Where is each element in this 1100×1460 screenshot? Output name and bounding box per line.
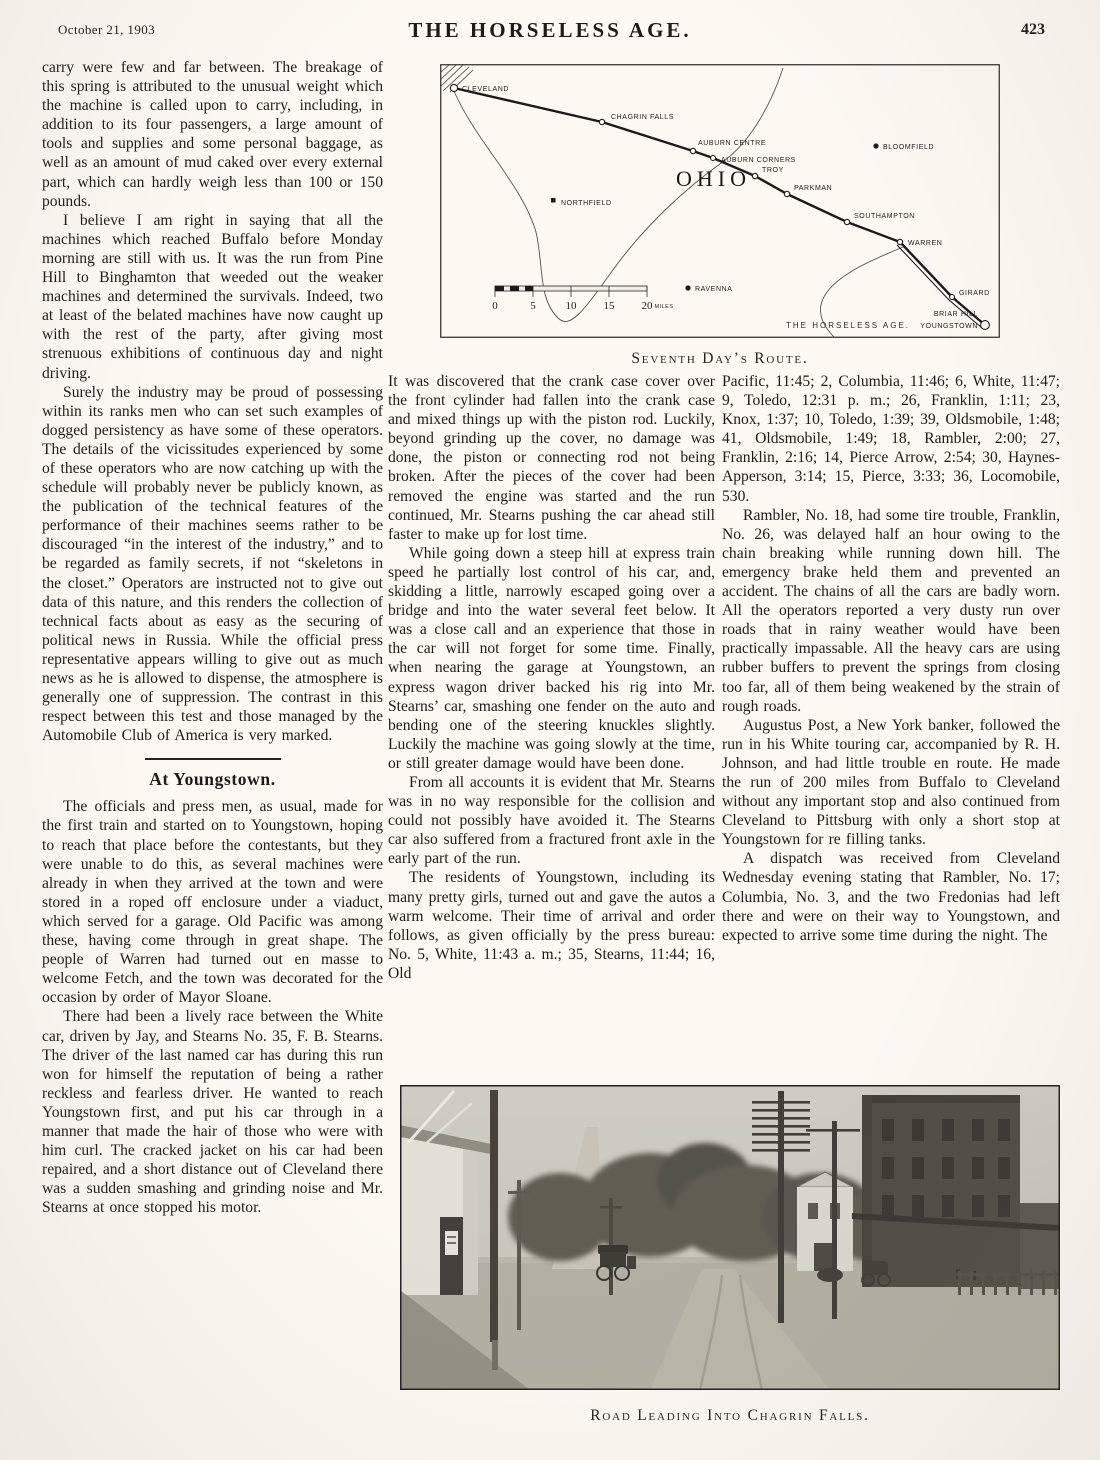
photo-tone-overlay — [400, 1085, 1060, 1390]
town-marker-auburn-corners — [711, 156, 716, 161]
scale-tick-5: 5 — [530, 300, 536, 312]
scale-tick-10: 10 — [566, 300, 578, 312]
magazine-page: October 21, 1903 THE HORSELESS AGE. 423 … — [0, 0, 1100, 1460]
street-photo — [400, 1085, 1060, 1390]
masthead-title: THE HORSELESS AGE. — [0, 18, 1100, 43]
region-label: OHIO — [676, 166, 751, 191]
town-label-bloomfield: BLOOMFIELD — [883, 144, 934, 151]
town-marker-southampton — [844, 219, 849, 224]
paragraph: I believe I am right in saying that all … — [42, 211, 383, 383]
section-heading: At Youngstown. — [42, 769, 383, 790]
town-label-cleveland: CLEVELAND — [462, 86, 509, 93]
map-caption: Seventh Day’s Route. — [440, 350, 1000, 368]
town-label-auburn-corners: AUBURN CORNERS — [721, 157, 796, 164]
town-marker-girard — [950, 295, 955, 300]
town-marker-parkman — [784, 191, 789, 196]
scale-unit: MILES — [654, 304, 673, 310]
town-label-youngstown: YOUNGSTOWN — [920, 323, 978, 330]
paragraph: There had been a lively race between the… — [42, 1007, 383, 1217]
street-photo-figure: Road Leading Into Chagrin Falls. — [400, 1085, 1060, 1425]
town-marker-chagrin-falls — [599, 119, 604, 124]
map-credit: THE HORSELESS AGE. — [786, 321, 910, 330]
town-label-warren: WARREN — [908, 240, 942, 247]
paragraph: carry were few and far between. The brea… — [42, 58, 383, 211]
route-map-figure: CLEVELAND CHAGRIN FALLS AUBURN CENTRE AU… — [440, 64, 1000, 368]
paragraph: From all accounts it is evident that Mr.… — [388, 773, 715, 868]
paragraph: While going down a steep hill at express… — [388, 544, 715, 773]
town-label-northfield: NORTHFIELD — [561, 200, 612, 207]
photo-caption: Road Leading Into Chagrin Falls. — [400, 1407, 1060, 1425]
town-label-ravenna: RAVENNA — [695, 286, 733, 293]
town-label-southampton: SOUTHAMPTON — [854, 213, 915, 220]
town-marker-northfield — [551, 198, 556, 203]
paragraph: The officials and press men, as usual, m… — [42, 797, 383, 1007]
town-label-chagrin-falls: CHAGRIN FALLS — [611, 114, 674, 121]
town-label-troy: TROY — [762, 167, 784, 174]
paragraph: Augustus Post, a New York banker, follow… — [722, 716, 1060, 850]
town-marker-bloomfield — [873, 143, 878, 148]
town-marker-youngstown — [981, 321, 990, 330]
paragraph: It was discovered that the crank case co… — [388, 372, 715, 544]
scale-tick-15: 15 — [604, 300, 616, 312]
town-marker-troy — [752, 173, 757, 178]
scale-tick-20: 20 — [642, 300, 654, 312]
page-number: 423 — [1021, 21, 1045, 39]
town-marker-cleveland — [450, 84, 457, 91]
paragraph: The residents of Youngstown, including i… — [388, 868, 715, 983]
middle-column: It was discovered that the crank case co… — [388, 372, 715, 983]
paragraph: A dispatch was received from Cleveland W… — [722, 849, 1060, 944]
town-marker-ravenna — [685, 285, 690, 290]
town-label-parkman: PARKMAN — [794, 185, 832, 192]
town-label-auburn-centre: AUBURN CENTRE — [698, 140, 766, 147]
scale-tick-0: 0 — [492, 300, 498, 312]
town-marker-warren — [897, 239, 902, 244]
right-column: Pacific, 11:45; 2, Columbia, 11:46; 6, W… — [722, 372, 1060, 945]
left-column: carry were few and far between. The brea… — [42, 58, 383, 1217]
town-label-girard: GIRARD — [959, 290, 990, 297]
map-border — [441, 65, 1000, 338]
town-label-briar-hill: BRIAR HILL — [934, 311, 978, 318]
paragraph: Surely the industry may be proud of poss… — [42, 383, 383, 746]
paragraph: Pacific, 11:45; 2, Columbia, 11:46; 6, W… — [722, 372, 1060, 506]
route-map: CLEVELAND CHAGRIN FALLS AUBURN CENTRE AU… — [440, 64, 1000, 338]
town-marker-auburn-centre — [690, 148, 695, 153]
section-divider — [145, 758, 281, 760]
paragraph: Rambler, No. 18, had some tire trouble, … — [722, 506, 1060, 716]
